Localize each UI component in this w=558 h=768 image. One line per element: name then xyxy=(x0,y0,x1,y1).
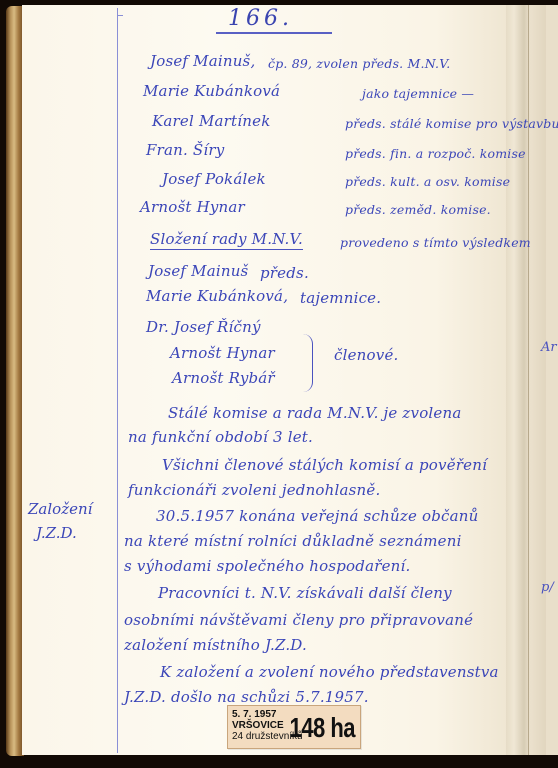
council-member-name: Arnošt Hynar xyxy=(170,344,275,362)
newspaper-clipping: 5. 7. 1957 VRŠOVICE 24 družstevníků 148 … xyxy=(227,705,361,749)
margin-rule xyxy=(117,8,118,753)
text-line: Pracovníci t. N.V. získávali další členy xyxy=(158,584,452,602)
official-name: Josef Pokálek xyxy=(162,170,266,188)
text-line: osobními návštěvami členy pro připravova… xyxy=(124,611,473,629)
scanned-book-page: 166. Josef Mainuš, čp. 89, zvolen předs.… xyxy=(0,0,558,768)
facing-page-handwriting: p/ xyxy=(541,580,554,595)
council-member-role: předs. xyxy=(260,264,309,282)
page-number: 166. xyxy=(228,6,293,31)
official-role: předs. zeměd. komise. xyxy=(345,202,491,217)
text-line: Všichni členové stálých komisí a pověřen… xyxy=(162,456,487,474)
official-name: Josef Mainuš, xyxy=(150,52,255,70)
council-member-name: Marie Kubánková, xyxy=(146,287,288,305)
text-line: na které místní rolníci důkladně seznáme… xyxy=(124,532,462,550)
members-brace xyxy=(302,334,313,392)
council-member-name: Dr. Josef Říčný xyxy=(146,318,261,336)
council-heading: Složení rady M.N.V. xyxy=(150,230,303,250)
official-name: Marie Kubánková xyxy=(143,82,280,100)
official-role: předs. stálé komise pro výstavbu xyxy=(345,116,558,131)
council-heading-note: provedeno s tímto výsledkem xyxy=(340,235,531,250)
official-role: předs. kult. a osv. komise xyxy=(345,174,510,189)
text-line: 30.5.1957 konána veřejná schůze občanů xyxy=(156,507,479,525)
official-role: jako tajemnice — xyxy=(362,86,474,101)
text-line: s výhodami společného hospodaření. xyxy=(124,557,410,575)
facing-page-handwriting: Ar xyxy=(541,340,557,355)
margin-note-line: J.Z.D. xyxy=(28,521,92,545)
members-group-label: členové. xyxy=(334,346,399,364)
council-member-name: Arnošt Rybář xyxy=(172,369,275,387)
clipping-area: 148 ha xyxy=(290,712,356,745)
council-member-role: tajemnice. xyxy=(300,289,381,307)
page-number-underline xyxy=(216,32,332,34)
official-name: Arnošt Hynar xyxy=(140,198,245,216)
council-member-name: Josef Mainuš xyxy=(148,262,248,280)
text-line: J.Z.D. došlo na schůzi 5.7.1957. xyxy=(124,688,369,706)
text-line: K založení a zvolení nového představenst… xyxy=(160,663,499,681)
official-role: předs. fin. a rozpoč. komise xyxy=(345,146,526,161)
official-name: Karel Martínek xyxy=(152,112,271,130)
text-line: založení místního J.Z.D. xyxy=(124,636,307,654)
margin-note: Založení J.Z.D. xyxy=(28,497,92,545)
official-name: Fran. Šíry xyxy=(146,141,224,159)
text-line: na funkční období 3 let. xyxy=(128,428,313,446)
margin-note-line: Založení xyxy=(28,497,92,521)
margin-tick xyxy=(117,15,123,16)
text-line: funkcionáři zvoleni jednohlasně. xyxy=(128,481,380,499)
text-line: Stálé komise a rada M.N.V. je zvolena xyxy=(168,404,462,422)
official-role: čp. 89, zvolen předs. M.N.V. xyxy=(268,56,450,71)
